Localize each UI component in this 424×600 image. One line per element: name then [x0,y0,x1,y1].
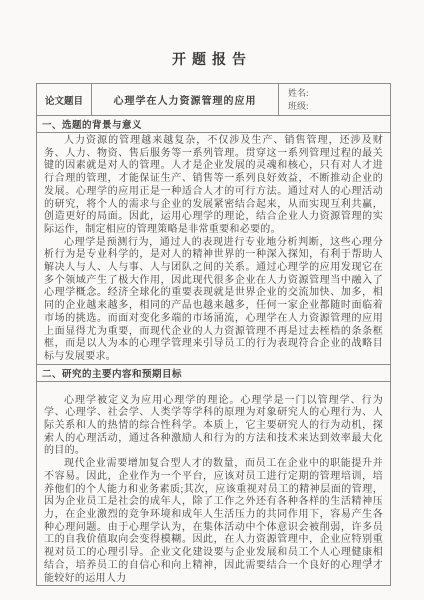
section-1-body-cell: 人力资源的管理越来越复杂，不仅涉及生产、销售管理，还涉及财务、人力、物资、售后服… [37,133,391,365]
student-name-label: 姓名: [279,87,390,100]
section-1-heading-cell: 一、选题的背景与意义 [37,116,391,133]
document-title: 开题报告 [0,49,424,69]
student-info-cell: 姓名: 班级: [279,84,391,116]
proposal-form-table: 论文题目 心理学在人力资源管理的应用 姓名: 班级: 一、选题的背景与意义 人力… [36,83,391,586]
section-2-heading: 二、研究的主要内容和预期目标 [37,366,390,380]
section-1-heading: 一、选题的背景与意义 [37,117,390,131]
section-2-body-row: 心理学被定义为应用心理学的理论。心理学是一门以管理学、行为学、心理学、社会学、人… [37,381,391,586]
thesis-title-label: 论文题目 [37,84,92,116]
section-2-paragraph: 现代企业需要增加复合型人才的数量，而员工在企业中的职能提升并不容易。因此，企业作… [44,458,383,585]
section-2-heading-cell: 二、研究的主要内容和预期目标 [37,364,391,381]
section-2-heading-row: 二、研究的主要内容和预期目标 [37,364,391,381]
section-2-body-cell: 心理学被定义为应用心理学的理论。心理学是一门以管理学、行为学、心理学、社会学、人… [37,381,391,586]
header-row: 论文题目 心理学在人力资源管理的应用 姓名: 班级: [37,84,391,116]
thesis-title-value: 心理学在人力资源管理的应用 [92,84,279,116]
page-number: 1 [368,556,373,566]
document-page: 开题报告 论文题目 心理学在人力资源管理的应用 姓名: 班级: 一、选题的背景与… [0,0,424,600]
section-1-body-row: 人力资源的管理越来越复杂，不仅涉及生产、销售管理，还涉及财务、人力、物资、售后服… [37,133,391,365]
section-1-paragraph: 人力资源的管理越来越复杂，不仅涉及生产、销售管理，还涉及财务、人力、物资、售后服… [44,135,383,237]
section-2-paragraph: 心理学被定义为应用心理学的理论。心理学是一门以管理学、行为学、心理学、社会学、人… [44,395,383,459]
student-class-label: 班级: [279,100,390,113]
section-1-heading-row: 一、选题的背景与意义 [37,116,391,133]
section-1-paragraph: 心理学是预测行为，通过人的表现进行专业地分析判断，这些心理分析行为是专业科学的，… [44,237,383,364]
